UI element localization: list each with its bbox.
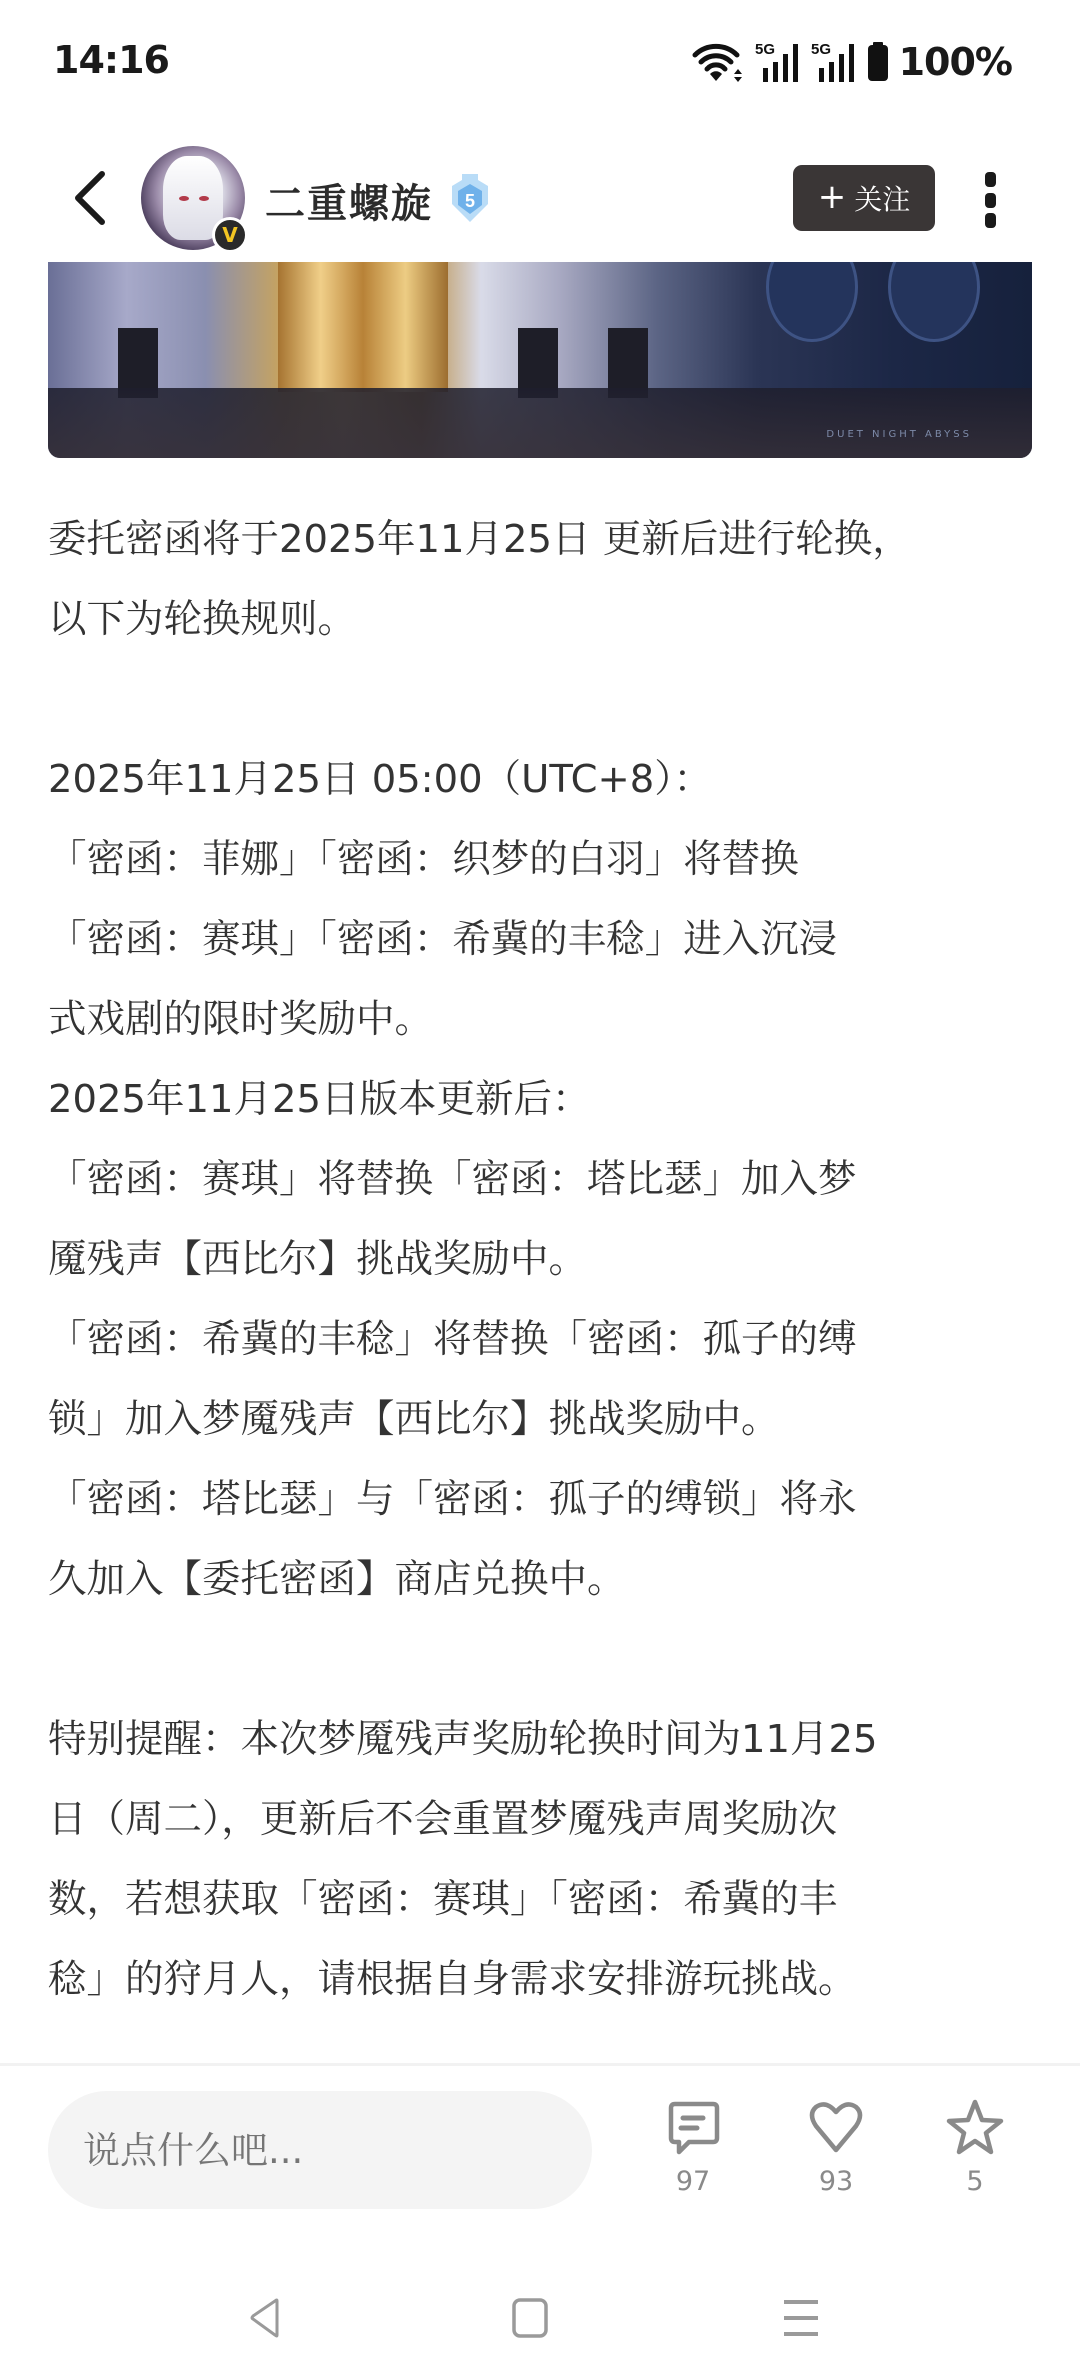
like-button[interactable]: 93 [791,2098,881,2197]
text-line: 久加入【委托密函】商店兑换中。 [48,1540,1038,1620]
text-line: 「密函：希冀的丰稔」将替换「密函：孤子的缚 [48,1300,1038,1380]
post-body: 委托密函将于2025年11月25日 更新后进行轮换， 以下为轮换规则。 2025… [48,500,1038,2020]
nav-home-button[interactable] [500,2288,560,2348]
more-options-button[interactable] [975,170,1005,230]
battery-percent: 100% [899,40,1012,84]
comment-icon [663,2098,723,2158]
bottom-action-bar: 97 93 5 [0,2063,1080,2223]
text-line: 日（周二），更新后不会重置梦魇残声周奖励次 [48,1780,1038,1860]
svg-text:5G: 5G [755,41,775,58]
favorite-button[interactable]: 5 [930,2098,1020,2197]
back-button[interactable] [62,168,118,228]
post-banner-image[interactable]: DUET NIGHT ABYSS [48,262,1032,458]
recents-menu-icon [780,2298,820,2338]
text-line: 数，若想获取「密函：赛琪」「密函：希冀的丰 [48,1860,1038,1940]
back-triangle-icon [247,2298,283,2338]
text-line: 「密函：菲娜」「密函：织梦的白羽」将替换 [48,820,1038,900]
text-line: 委托密函将于2025年11月25日 更新后进行轮换， [48,500,1038,580]
text-line: 锁」加入梦魇残声【西比尔】挑战奖励中。 [48,1380,1038,1460]
battery-icon [867,42,889,82]
svg-text:5: 5 [465,191,475,211]
like-count: 93 [819,2166,853,2197]
text-line: 稔」的狩月人，请根据自身需求安排游玩挑战。 [48,1940,1038,2020]
wifi-icon [691,41,745,83]
author-name[interactable]: 二重螺旋 [265,172,433,229]
nav-recents-button[interactable] [770,2288,830,2348]
level-badge-icon: 5 [448,172,492,224]
text-line: 「密函：赛琪」将替换「密函：塔比瑟」加入梦 [48,1140,1038,1220]
text-line: 魇残声【西比尔】挑战奖励中。 [48,1220,1038,1300]
5g-signal-icon: 5G [811,40,857,84]
status-time: 14:16 [53,38,169,82]
5g-signal-icon: 5G [755,40,801,84]
status-icons: 5G 5G 100% [691,38,1012,86]
system-nav-bar [0,2223,1080,2376]
comment-count: 97 [676,2166,710,2197]
follow-button[interactable]: + 关注 [793,165,935,231]
verified-badge-icon: V [212,217,248,253]
star-icon [945,2098,1005,2158]
home-square-icon [510,2298,550,2338]
text-line: 以下为轮换规则。 [48,580,1038,660]
banner-watermark: DUET NIGHT ABYSS [826,429,972,440]
text-line: 2025年11月25日 05:00（UTC+8）： [48,740,1038,820]
nav-back-button[interactable] [235,2288,295,2348]
text-line: 特别提醒：本次梦魇残声奖励轮换时间为11月25 [48,1700,1038,1780]
status-bar: 14:16 5G 5G 100% [0,0,1080,130]
plus-icon: + [818,180,847,214]
text-line: 式戏剧的限时奖励中。 [48,980,1038,1060]
follow-label: 关注 [854,178,910,218]
favorite-count: 5 [966,2166,983,2197]
comment-button[interactable]: 97 [648,2098,738,2197]
comment-input[interactable] [48,2091,592,2209]
text-line: 「密函：赛琪」「密函：希冀的丰稔」进入沉浸 [48,900,1038,980]
svg-text:5G: 5G [811,41,831,58]
chevron-left-icon [70,170,110,226]
text-line: 2025年11月25日版本更新后： [48,1060,1038,1140]
post-header: V 二重螺旋 5 + 关注 [0,130,1080,262]
text-line: 「密函：塔比瑟」与「密函：孤子的缚锁」将永 [48,1460,1038,1540]
kebab-icon [985,172,996,187]
heart-icon [806,2098,866,2158]
